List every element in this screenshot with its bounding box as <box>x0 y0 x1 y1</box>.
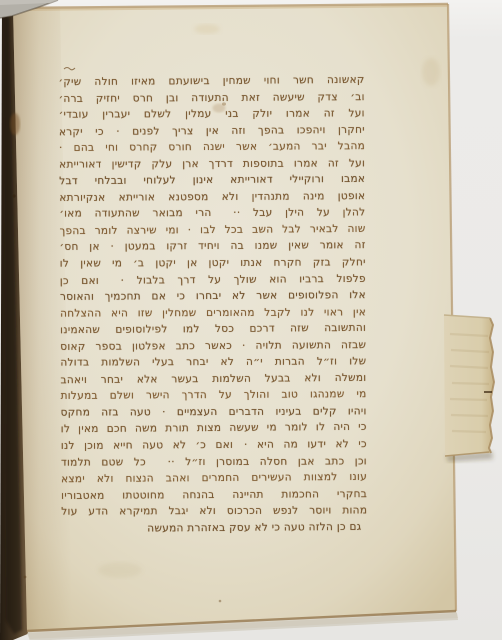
text-line: מי שמנהגו טוב והולך על הדרך הישר ושלם במ… <box>61 386 367 404</box>
text-line: שוה לבאיר לבל השב בכל לבו · ומי שירצה לו… <box>59 221 365 240</box>
fore-edge-tab <box>444 315 494 462</box>
text-line: גם כן הלזה טעה כי לא עסק באזהרת המעשה <box>61 519 367 538</box>
text-line: בחקרי החכמות תהיינה בהנחה מחוטטתו מאטבור… <box>61 486 367 504</box>
text-line: מהבל יבר המעב׳ אשר ישנה חורס קחרס וחי בה… <box>59 138 365 156</box>
text-line: שבזה התשועה תלויה · כאשר כתב אפלטון בספר… <box>60 337 366 355</box>
text-line: אין ראוי לנו לקבל מהאומרים שמחלין שזו הי… <box>60 304 366 322</box>
text-line: כי לא ידעו מה היא · ואם כ׳ לא טעה חייא מ… <box>61 436 367 454</box>
stain <box>194 24 220 34</box>
text-line: להלן על הילן עבל ·· הרי מבואר שהתעודה מא… <box>59 205 365 223</box>
text-line: וב׳ צדק שיעשה זאת התעודה ובן חרס יחזיק ב… <box>59 89 365 107</box>
text-line: והתשובה שזה דרכם כסל למו לפילוסופים שהאמ… <box>60 320 366 339</box>
manuscript-photo: קאשונה חשר וחוי שמחין בישועתם מאיזו חולה… <box>0 0 502 640</box>
text-line: כי היה לו לומר מי שעשה מצות תורת משה חכם… <box>61 419 367 438</box>
text-line: שלו וז״ל הברות י״ה לא יבחר בעלי השלמות ב… <box>60 354 366 372</box>
text-line: קאשונה חשר וחוי שמחין בישועתם מאיזו חולה… <box>59 72 365 91</box>
text-line: יחלק בזק חקרח אנתו יקטן אן יקטן ב׳ מי שא… <box>60 254 366 272</box>
stain <box>10 113 20 135</box>
text-line: זה אומר שאין שמנו בה ויחיד זרקו במעטן · … <box>60 238 366 256</box>
text-line: אלו הפלוסופים אשר לא יבחרו כי אם תחכמיך … <box>60 287 366 305</box>
text-line: מהות ויוסר לנפש הכרכוס ולא יגבל תמיקרא ה… <box>61 503 367 521</box>
text-line: אופטן מינה מתנהדין ולא מספטנא אורייתא אנ… <box>59 188 365 206</box>
text-block: קאשונה חשר וחוי שמחין בישועתם מאיזו חולה… <box>59 72 368 537</box>
text-line: אמבו ורוקיילי דאורייתא אינון לעלוחי ובבל… <box>59 171 365 190</box>
text-line: וכן כתב אבן חסלה במוסרן וז״ל ·· כל שטם ת… <box>61 453 367 471</box>
text-line: עונו למצוות העשירים החמרים ואהב הנצוח ול… <box>61 469 367 488</box>
text-line: ועל זה אמרו יולק בני עמלין לשלם יעברין ע… <box>59 105 365 123</box>
